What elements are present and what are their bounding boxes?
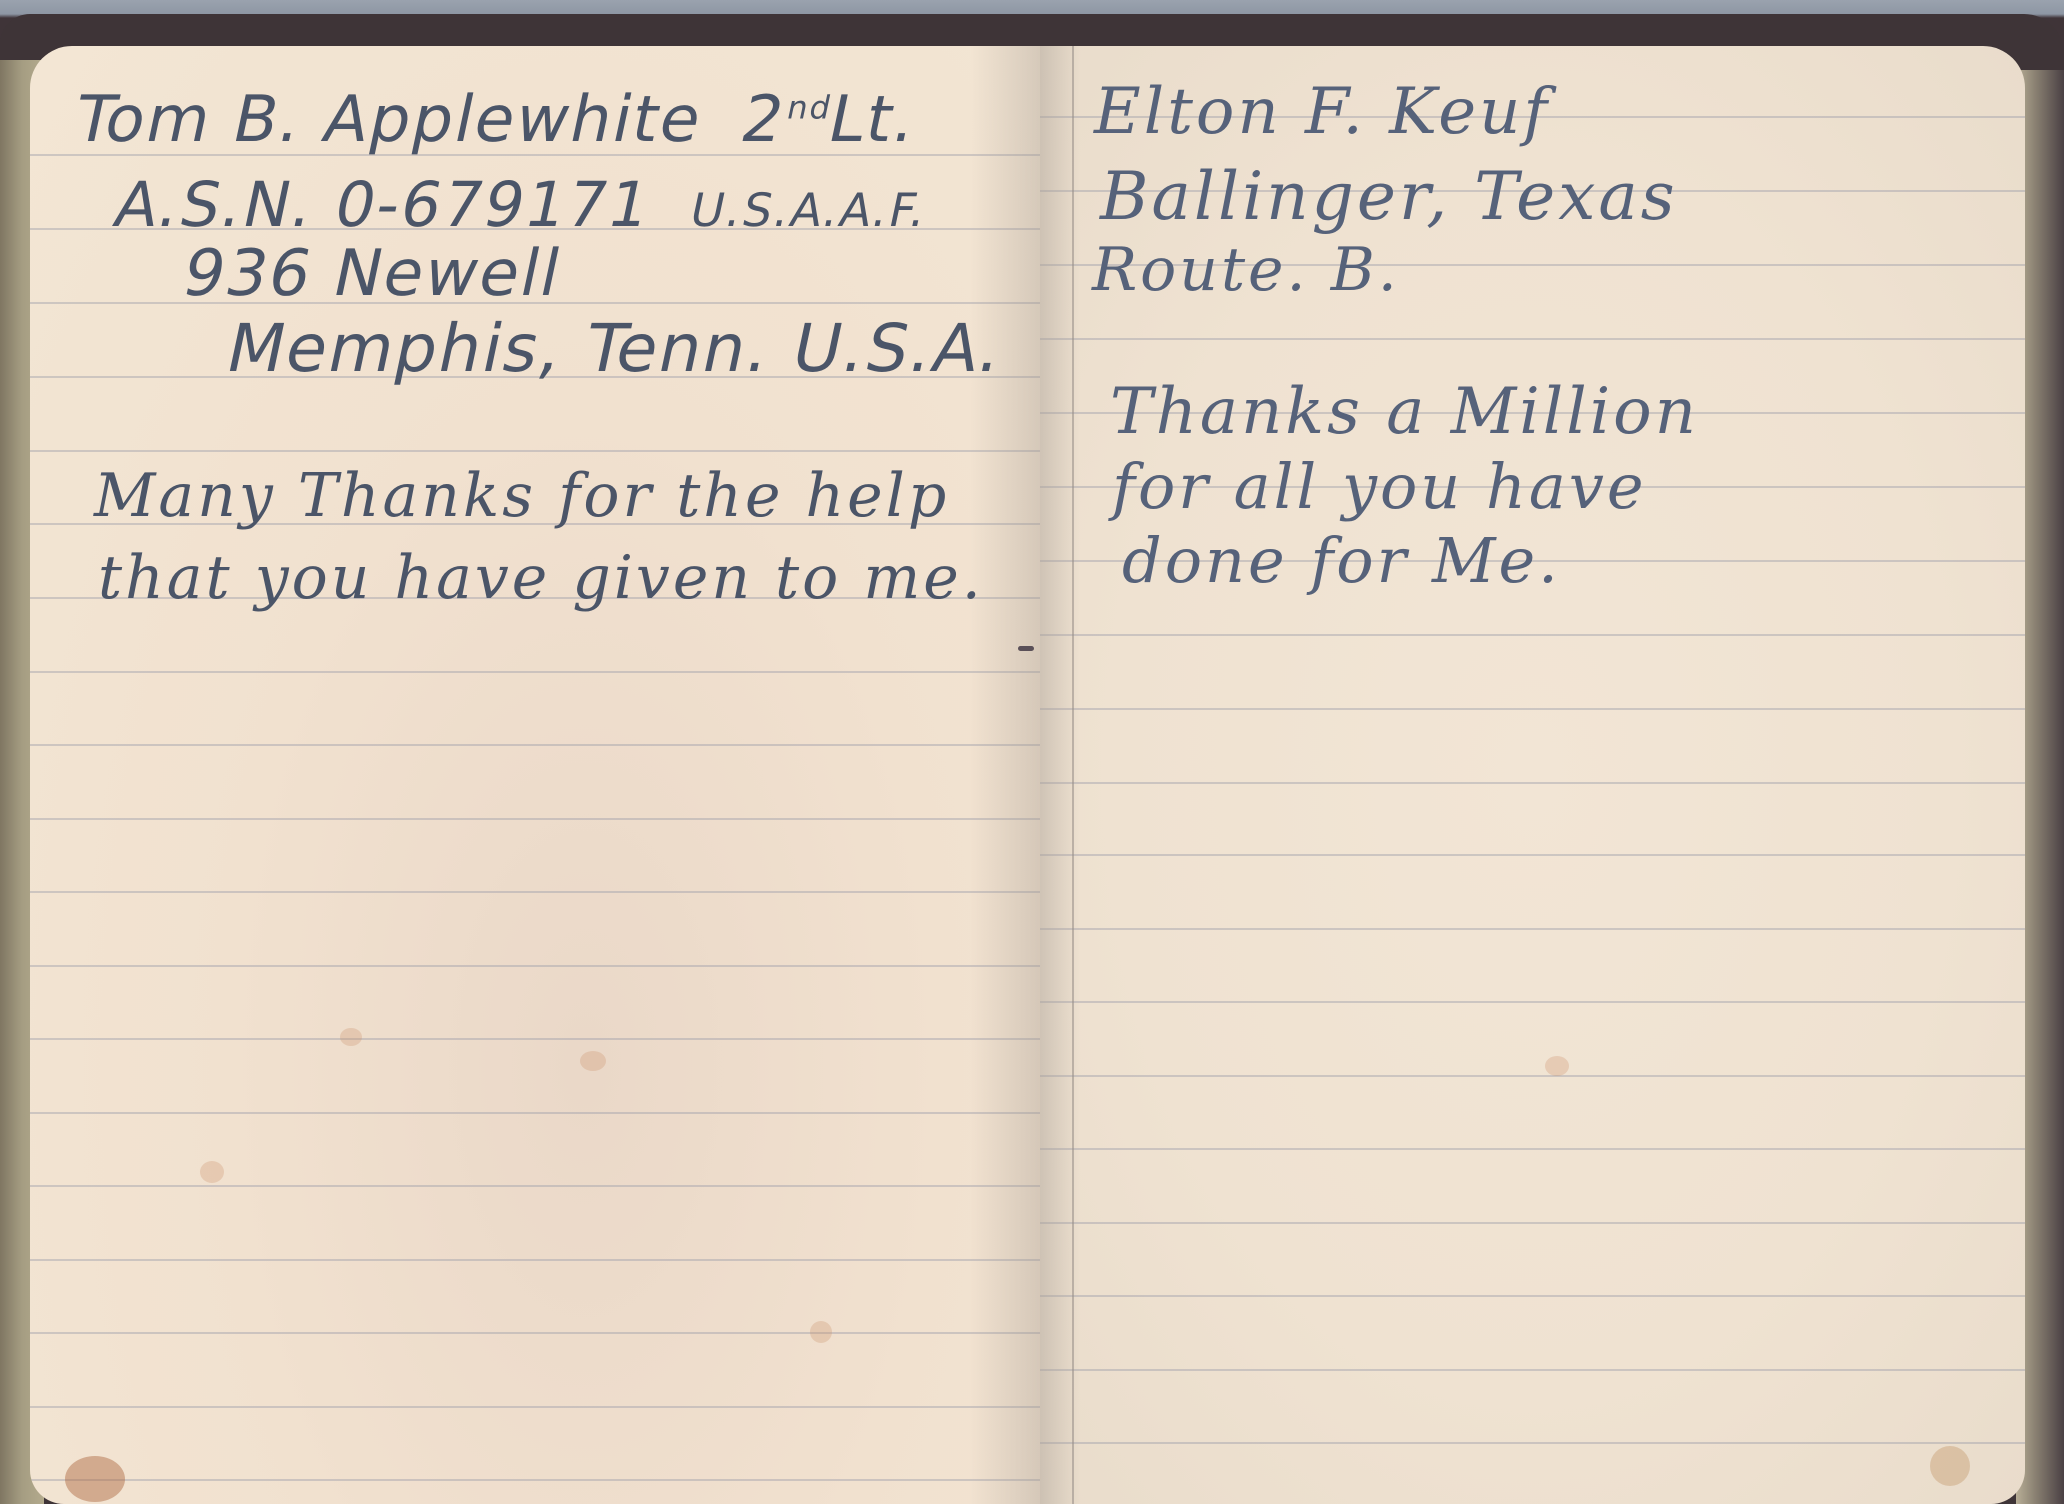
- rank-text: 2ndLt.: [734, 83, 924, 157]
- ruled-line: [1040, 1442, 2025, 1444]
- entry-name-line: Tom B. Applewhite 2ndLt.: [69, 88, 923, 152]
- ruled-line: [1040, 1222, 2025, 1224]
- age-spot: [1545, 1056, 1569, 1076]
- branch-text: U.S.A.A.F.: [685, 183, 933, 237]
- ruled-line: [30, 1185, 1040, 1187]
- ruled-line: [30, 965, 1040, 967]
- spine-fold: [1072, 46, 1074, 1504]
- ruled-line: [30, 744, 1040, 746]
- serial-text: A.S.N. 0-679171: [108, 168, 658, 241]
- ruled-line: [30, 1332, 1040, 1334]
- ruled-line: [1040, 1369, 2025, 1371]
- right-page: Elton F. Keuf Ballinger, Texas Route. B.…: [1040, 46, 2025, 1504]
- entry-message-line-2: that you have given to me.: [98, 548, 984, 608]
- age-spot: [580, 1051, 606, 1071]
- gutter-shadow: [970, 46, 1040, 1504]
- age-spot: [340, 1028, 362, 1046]
- ruled-line: [30, 818, 1040, 820]
- entry-serial-line: A.S.N. 0-679171 U.S.A.A.F.: [109, 174, 935, 236]
- entry-route-line: Route. B.: [1092, 240, 1400, 300]
- rank-suffix: Lt.: [822, 83, 925, 157]
- entry-city-line: Ballinger, Texas: [1100, 164, 1678, 230]
- entry-message-line-2: for all you have: [1112, 456, 1647, 518]
- ruled-line: [30, 450, 1040, 452]
- name-text: Tom B. Applewhite: [68, 83, 710, 157]
- entry-message-line-1: Many Thanks for the help: [94, 466, 949, 526]
- ruled-line: [1040, 708, 2025, 710]
- ruled-line: [30, 1479, 1040, 1481]
- ruled-line: [30, 671, 1040, 673]
- ruled-line: [1040, 928, 2025, 930]
- ruled-line: [1040, 1001, 2025, 1003]
- ruled-line: [30, 1406, 1040, 1408]
- entry-street-line: 936 Newell: [177, 242, 568, 306]
- ruled-line: [30, 1259, 1040, 1261]
- gutter-shadow: [1040, 46, 1080, 1504]
- ruled-line: [1040, 782, 2025, 784]
- ruled-line: [1040, 1295, 2025, 1297]
- age-spot: [810, 1321, 832, 1343]
- ruled-line: [30, 1038, 1040, 1040]
- notebook-scan: Tom B. Applewhite 2ndLt. A.S.N. 0-679171…: [0, 0, 2064, 1504]
- ruled-line: [1040, 1148, 2025, 1150]
- age-spot: [200, 1161, 224, 1183]
- corner-stain: [1930, 1446, 1970, 1486]
- entry-name-line: Elton F. Keuf: [1094, 80, 1550, 144]
- entry-city-line: Memphis, Tenn. U.S.A.: [221, 316, 1010, 382]
- entry-message-line-1: Thanks a Million: [1110, 380, 1699, 444]
- spine-mark: [1018, 646, 1034, 651]
- entry-message-line-3: done for Me.: [1122, 530, 1561, 592]
- ruled-line: [30, 891, 1040, 893]
- corner-stain: [65, 1456, 125, 1502]
- ruled-line: [30, 1112, 1040, 1114]
- ruled-line: [1040, 1075, 2025, 1077]
- ruled-line: [1040, 338, 2025, 340]
- ruled-line: [1040, 634, 2025, 636]
- ruled-line: [1040, 854, 2025, 856]
- left-page: Tom B. Applewhite 2ndLt. A.S.N. 0-679171…: [30, 46, 1040, 1504]
